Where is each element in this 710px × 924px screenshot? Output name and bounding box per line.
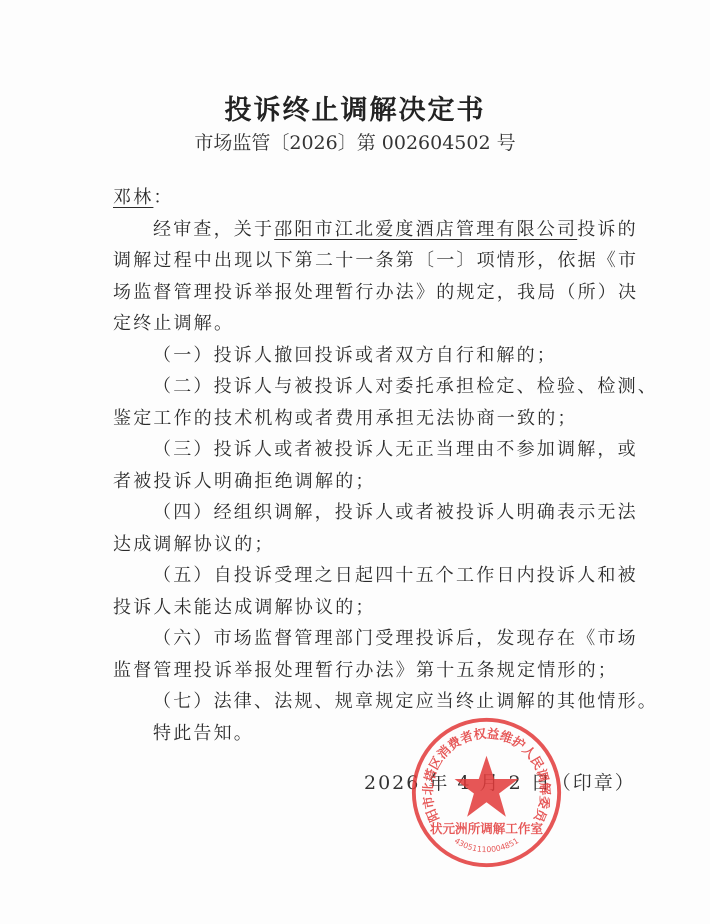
official-seal-icon: 邵阳市北塔区消费者权益维护人民调解委员会 状元洲所调解工作室 430511100… (409, 715, 564, 870)
seal-code: 43051110004851 (453, 836, 520, 854)
addressee-line: 邓林： (113, 182, 608, 214)
para1-suffix: 投诉的 (577, 219, 638, 240)
item-2-line-1: （二）投诉人与被投诉人对委托承担检定、检验、检测、 (113, 371, 608, 403)
item-6-line-2: 监督管理投诉举报处理暂行办法》第十五条规定情形的； (113, 655, 608, 687)
item-7-line-1: （七）法律、法规、规章规定应当终止调解的其他情形。 (113, 686, 608, 718)
para1-prefix: 经审查，关于 (153, 219, 274, 240)
addressee: 邓林 (113, 187, 153, 208)
svg-text:43051110004851: 43051110004851 (453, 836, 520, 854)
para1-line2: 调解过程中出现以下第二十一条第〔一〕项情形，依据《市 (113, 245, 608, 277)
document-body: 邓林： 经审查，关于邵阳市江北爱度酒店管理有限公司投诉的 调解过程中出现以下第二… (113, 182, 608, 749)
item-5-line-2: 投诉人未能达成调解协议的； (113, 592, 608, 624)
company-name: 邵阳市江北爱度酒店管理有限公司 (274, 219, 577, 240)
item-4-line-2: 达成调解协议的； (113, 529, 608, 561)
item-2-line-2: 鉴定工作的技术机构或者费用承担无法协商一致的； (113, 403, 608, 435)
seal-inner-text: 状元洲所调解工作室 (430, 821, 544, 836)
para1-line3: 场监督管理投诉举报处理暂行办法》的规定，我局（所）决 (113, 277, 608, 309)
item-6-line-1: （六）市场监督管理部门受理投诉后，发现存在《市场 (113, 623, 608, 655)
svg-text:邵阳市北塔区消费者权益维护人民调解委员会: 邵阳市北塔区消费者权益维护人民调解委员会 (409, 715, 553, 826)
item-3-line-1: （三）投诉人或者被投诉人无正当理由不参加调解，或 (113, 434, 608, 466)
para1-line1: 经审查，关于邵阳市江北爱度酒店管理有限公司投诉的 (113, 214, 608, 246)
item-5-line-1: （五）自投诉受理之日起四十五个工作日内投诉人和被 (113, 560, 608, 592)
colon: ： (153, 187, 173, 208)
item-3-line-2: 者被投诉人明确拒绝调解的； (113, 466, 608, 498)
item-4-line-1: （四）经组织调解，投诉人或者被投诉人明确表示无法 (113, 497, 608, 529)
para1-line4: 定终止调解。 (113, 308, 608, 340)
document-number: 市场监管〔2026〕第 002604502 号 (0, 128, 710, 155)
page-title: 投诉终止调解决定书 (0, 88, 710, 127)
item-1-line-1: （一）投诉人撤回投诉或者双方自行和解的； (113, 340, 608, 372)
seal-outer-text: 邵阳市北塔区消费者权益维护人民调解委员会 (409, 715, 553, 826)
